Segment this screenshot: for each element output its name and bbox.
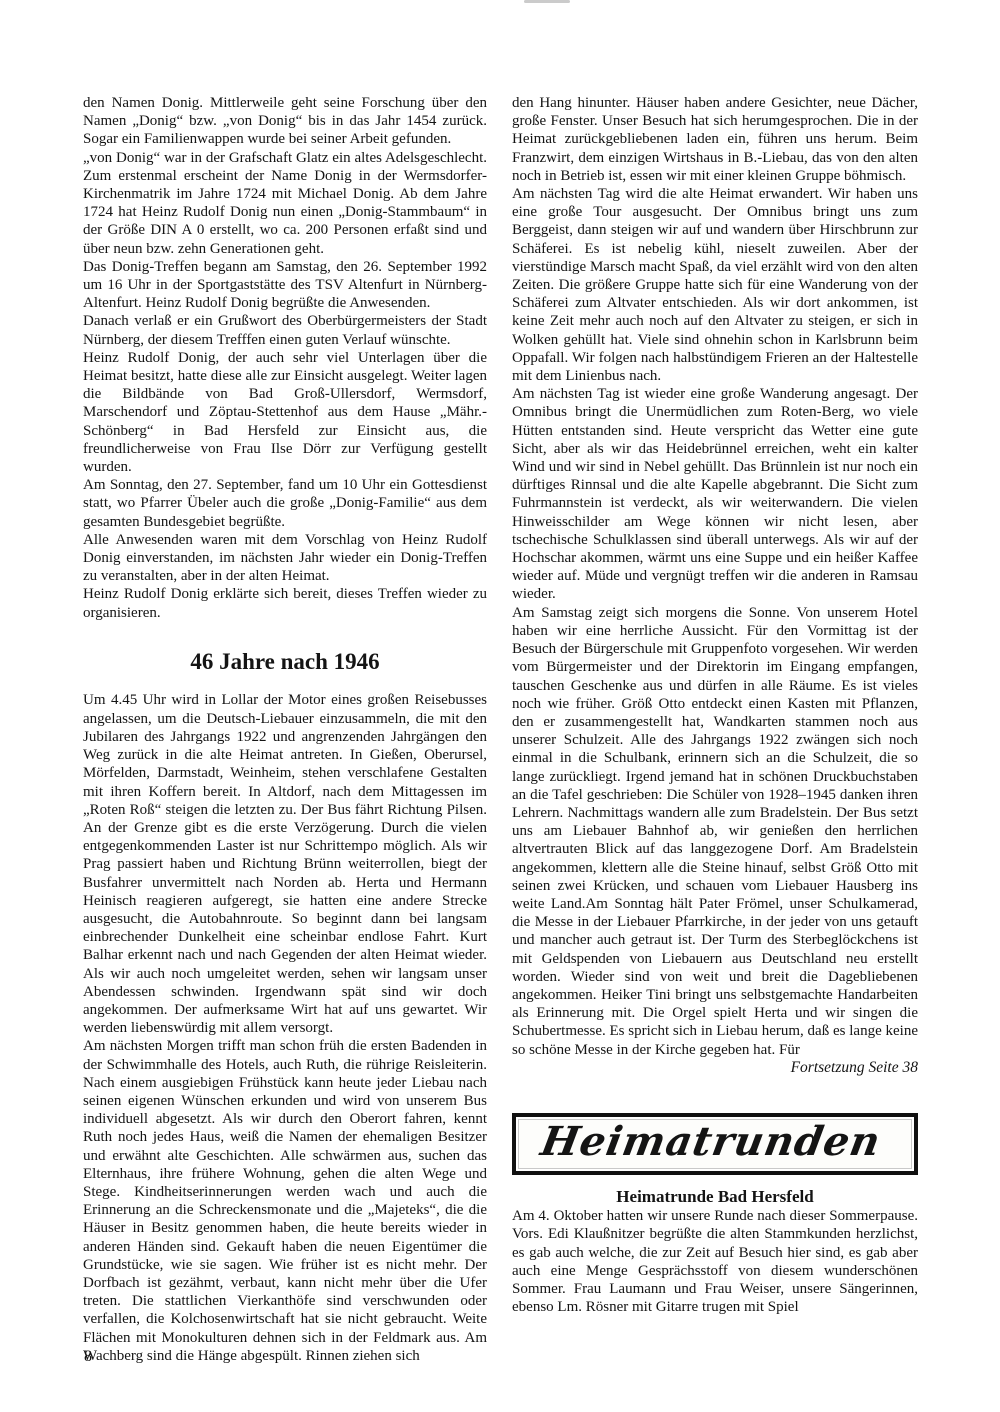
paragraph: Am 4. Oktober hatten wir unsere Runde na… [512,1207,918,1316]
paragraph: Heinz Rudolf Donig, der auch sehr viel U… [83,349,487,476]
paragraph: Am nächsten Tag ist wieder eine große Wa… [512,385,918,603]
paragraph: Am nächsten Morgen trifft man schon früh… [83,1037,487,1365]
paragraph: Um 4.45 Uhr wird in Lollar der Motor ein… [83,691,487,1037]
heimatrunden-banner-text: Heimatrunden [539,1133,892,1155]
paragraph: Das Donig-Treffen begann am Samstag, den… [83,258,487,313]
paragraph: Am nächsten Tag wird die alte Heimat erw… [512,185,918,385]
paragraph: den Hang hinunter. Häuser haben andere G… [512,94,918,185]
newsletter-page: den Namen Donig. Mittlerweile geht seine… [0,0,1000,1412]
paragraph: Danach verlaß er ein Grußwort des Oberbü… [83,312,487,348]
right-column: den Hang hinunter. Häuser haben andere G… [512,94,918,1316]
continuation-note: Fortsetzung Seite 38 [512,1059,918,1077]
paragraph: den Namen Donig. Mittlerweile geht seine… [83,94,487,149]
paragraph: Alle Anwesenden waren mit dem Vorschlag … [83,531,487,586]
heimatrunden-banner: Heimatrunden [512,1113,918,1175]
paragraph: Am Samstag zeigt sich morgens die Sonne.… [512,604,918,1059]
page-number: 8 [84,1348,92,1366]
paragraph: Heinz Rudolf Donig erklärte sich bereit,… [83,585,487,621]
paragraph: „von Donig“ war in der Grafschaft Glatz … [83,149,487,258]
paragraph: Am Sonntag, den 27. September, fand um 1… [83,476,487,531]
left-column: den Namen Donig. Mittlerweile geht seine… [83,94,487,1365]
article-heading-46-jahre: 46 Jahre nach 1946 [83,648,487,676]
scan-artifact [524,0,570,3]
section-heading-bad-hersfeld: Heimatrunde Bad Hersfeld [512,1188,918,1206]
